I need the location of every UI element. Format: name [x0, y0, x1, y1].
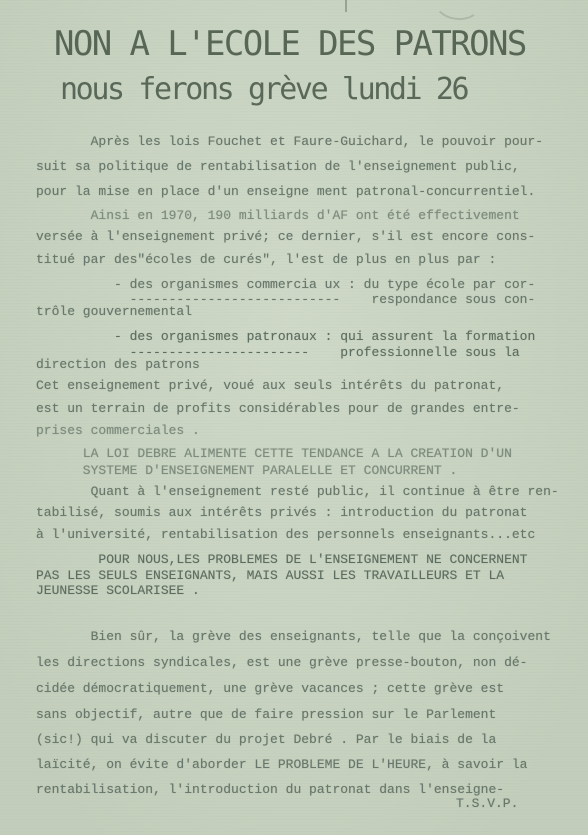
paper-mark — [432, 0, 484, 22]
text-line: Ainsi en 1970, 190 milliards d'AF ont ét… — [36, 209, 576, 230]
text-line: Cet enseignement privé, voué aux seuls i… — [36, 379, 576, 402]
text-line: cidée démocratiquement, une grève vacanc… — [36, 682, 576, 708]
headline-secondary: nous ferons grève lundi 26 — [60, 72, 467, 107]
text-line: - des organismes patronaux : qui assuren… — [36, 330, 576, 346]
text-line: - des organismes commercia ux : du type … — [36, 278, 576, 293]
text-line: trôle gouvernemental — [36, 305, 576, 330]
text-line: titué par des"écoles de curés", l'est de… — [36, 253, 576, 278]
tsvp-footer: T.S.V.P. — [36, 797, 576, 822]
paper-mark — [345, 0, 347, 12]
text-line: POUR NOUS,LES PROBLEMES DE L'ENSEIGNEMEN… — [36, 553, 576, 569]
text-line: PAS LES SEULS ENSEIGNANTS, MAIS AUSSI LE… — [36, 569, 576, 584]
headline-primary: NON A L'ECOLE DES PATRONS — [54, 24, 526, 64]
text-line: les directions syndicales, est une grève… — [36, 656, 576, 682]
text-line: tabilisé, soumis aux intérêts privés : i… — [36, 506, 576, 528]
leaflet-page: NON A L'ECOLE DES PATRONS nous ferons gr… — [0, 0, 588, 835]
text-line: pour la mise en place d'un enseigne ment… — [36, 185, 576, 209]
text-line: Après les lois Fouchet et Faure-Guichard… — [36, 135, 576, 160]
text-line: direction des patrons — [36, 358, 576, 379]
text-line: à l'université, rentabilisation des pers… — [36, 528, 576, 553]
body-text: Après les lois Fouchet et Faure-Guichard… — [36, 135, 576, 822]
text-line: prises commerciales . — [36, 424, 576, 447]
text-line: laïcité, on évite d'aborder LE PROBLEME … — [36, 758, 576, 783]
text-line: LA LOI DEBRE ALIMENTE CETTE TENDANCE A L… — [36, 447, 576, 464]
text-line: versée à l'enseignement privé; ce dernie… — [36, 230, 576, 253]
text-line: Quant à l'enseignement resté public, il … — [36, 485, 576, 506]
text-line: JEUNESSE SCOLARISEE . — [36, 584, 576, 630]
text-line: suit sa politique de rentabilisation de … — [36, 160, 576, 185]
text-line: est un terrain de profits considérables … — [36, 402, 576, 424]
text-line: sans objectif, autre que de faire pressi… — [36, 708, 576, 733]
text-line: Bien sûr, la grève des enseignants, tell… — [36, 630, 576, 656]
text-line: rentabilisation, l'introduction du patro… — [36, 783, 576, 797]
text-line: SYSTEME D'ENSEIGNEMENT PARALELLE ET CONC… — [36, 464, 576, 485]
text-line: (sic!) qui va discuter du projet Debré .… — [36, 733, 576, 758]
